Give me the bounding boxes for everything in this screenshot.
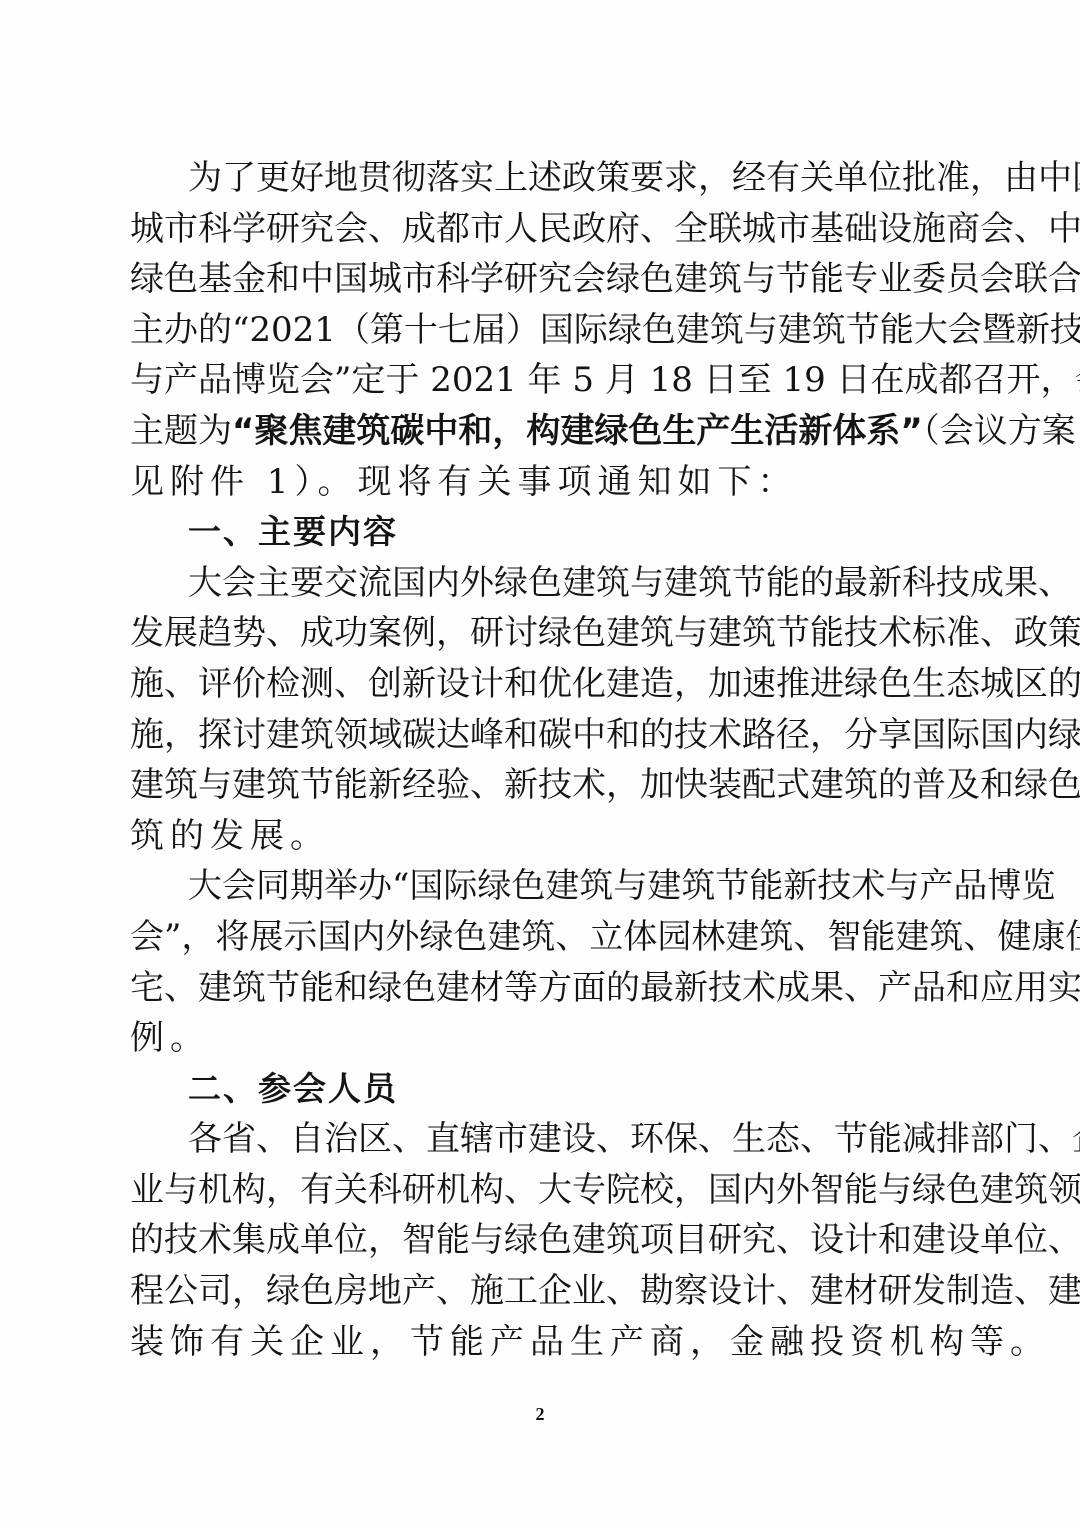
paragraph-1-line-4: 主办的“2021（第十七届）国际绿色建筑与建筑节能大会暨新技术 (130, 308, 950, 359)
paragraph-2-line-3: 施、评价检测、创新设计和优化建造，加速推进绿色生态城区的实 (130, 662, 950, 713)
document-body: 为了更好地贯彻落实上述政策要求，经有关单位批准，由中国 城市科学研究会、成都市人… (130, 156, 950, 1370)
paragraph-2-line-6: 筑的发展。 (130, 814, 950, 865)
theme-prefix: 主题为 (130, 411, 232, 451)
paragraph-3-line-4: 例。 (130, 1016, 950, 1067)
paragraph-1-line-5: 与产品博览会”定于 2021 年 5 月 18 日至 19 日在成都召开，会议 (130, 358, 950, 409)
document-page: 为了更好地贯彻落实上述政策要求，经有关单位批准，由中国 城市科学研究会、成都市人… (0, 0, 1080, 1527)
conference-theme: “聚焦建筑碳中和，构建绿色生产生活新体系” (232, 411, 923, 451)
paragraph-4-line-5: 装饰有关企业，节能产品生产商，金融投资机构等。 (130, 1320, 950, 1371)
section-heading-attendees: 二、参会人员 (130, 1067, 950, 1118)
paragraph-3-line-3: 宅、建筑节能和绿色建材等方面的最新技术成果、产品和应用实 (130, 966, 950, 1017)
theme-suffix: （会议方案 (923, 411, 1076, 451)
paragraph-4-line-3: 的技术集成单位，智能与绿色建筑项目研究、设计和建设单位、工 (130, 1218, 950, 1269)
paragraph-1-theme-line: 主题为“聚焦建筑碳中和，构建绿色生产生活新体系”（会议方案 (130, 409, 950, 460)
paragraph-4-line-2: 业与机构，有关科研机构、大专院校，国内外智能与绿色建筑领域 (130, 1168, 950, 1219)
paragraph-3-line-1: 大会同期举办“国际绿色建筑与建筑节能新技术与产品博览 (130, 864, 950, 915)
paragraph-2-line-5: 建筑与建筑节能新经验、新技术，加快装配式建筑的普及和绿色建 (130, 763, 950, 814)
paragraph-4-line-4: 程公司，绿色房地产、施工企业、勘察设计、建材研发制造、建筑 (130, 1269, 950, 1320)
paragraph-1-last-line: 见附件 1）。现将有关事项通知如下： (130, 460, 950, 511)
paragraph-2-line-2: 发展趋势、成功案例，研讨绿色建筑与建筑节能技术标准、政策措 (130, 611, 950, 662)
paragraph-2-line-1: 大会主要交流国内外绿色建筑与建筑节能的最新科技成果、 (130, 561, 950, 612)
page-number: 2 (0, 1404, 1080, 1425)
paragraph-2-line-4: 施，探讨建筑领域碳达峰和碳中和的技术路径，分享国际国内绿色 (130, 713, 950, 764)
paragraph-4-line-1: 各省、自治区、直辖市建设、环保、生态、节能减排部门、企 (130, 1117, 950, 1168)
paragraph-1-line-3: 绿色基金和中国城市科学研究会绿色建筑与节能专业委员会联合 (130, 257, 950, 308)
section-heading-main-content: 一、主要内容 (130, 510, 950, 561)
paragraph-1-line-1: 为了更好地贯彻落实上述政策要求，经有关单位批准，由中国 (130, 156, 950, 207)
paragraph-1-line-2: 城市科学研究会、成都市人民政府、全联城市基础设施商会、中美 (130, 207, 950, 258)
paragraph-3-line-2: 会”，将展示国内外绿色建筑、立体园林建筑、智能建筑、健康住 (130, 915, 950, 966)
